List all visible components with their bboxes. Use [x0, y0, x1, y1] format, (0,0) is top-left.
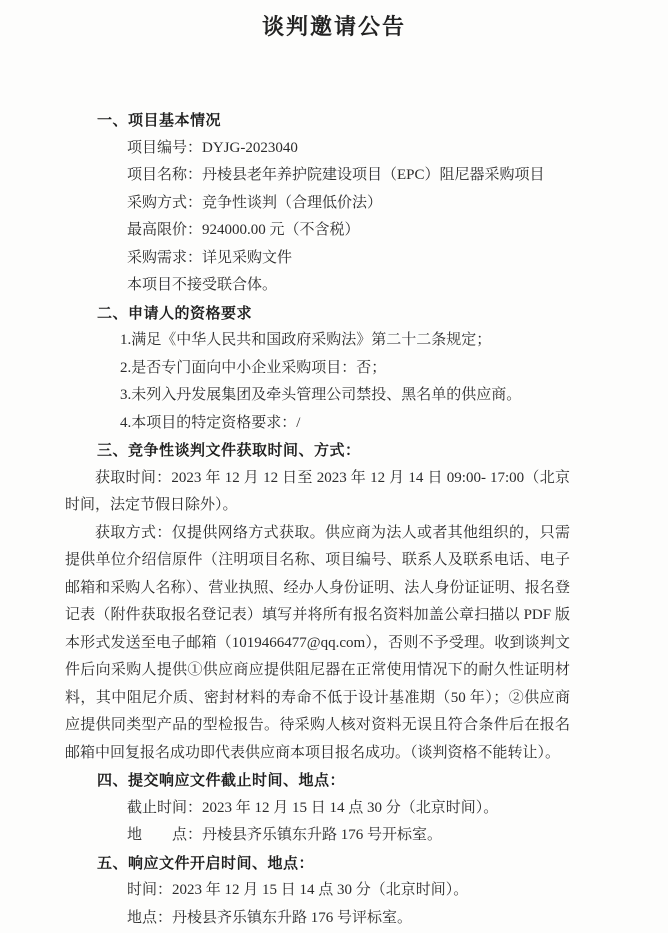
- project-number-line: 项目编号：DYJG-2023040: [127, 135, 570, 163]
- document-body: 一、项目基本情况 项目编号：DYJG-2023040 项目名称：丹棱县老年养护院…: [65, 107, 570, 932]
- procurement-method-line: 采购方式：竞争性谈判（合理低价法）: [127, 190, 570, 218]
- section-response-deadline: 四、提交响应文件截止时间、地点： 截止时间：2023 年 12 月 15 日 1…: [65, 767, 570, 850]
- document-page: 谈判邀请公告 一、项目基本情况 项目编号：DYJG-2023040 项目名称：丹…: [0, 0, 668, 933]
- opening-location-line: 地点：丹棱县齐乐镇东升路 176 号评标室。: [127, 905, 570, 933]
- section-1-heading: 一、项目基本情况: [97, 107, 570, 135]
- qualification-item-1: 1.满足《中华人民共和国政府采购法》第二十二条规定；: [120, 327, 570, 355]
- section-document-acquisition: 三、竞争性谈判文件获取时间、方式： 获取时间：2023 年 12 月 12 日至…: [65, 437, 570, 767]
- no-consortium-line: 本项目不接受联合体。: [127, 272, 570, 300]
- qualification-item-4: 4.本项目的特定资格要求：/: [120, 410, 570, 438]
- max-price-line: 最高限价：924000.00 元（不含税）: [127, 217, 570, 245]
- section-3-heading: 三、竞争性谈判文件获取时间、方式：: [97, 437, 570, 465]
- section-applicant-qualifications: 二、申请人的资格要求 1.满足《中华人民共和国政府采购法》第二十二条规定； 2.…: [65, 300, 570, 438]
- section-5-heading: 五、响应文件开启时间、地点：: [97, 850, 570, 878]
- procurement-demand-line: 采购需求：详见采购文件: [127, 245, 570, 273]
- qualification-item-3: 3.未列入丹发展集团及牵头管理公司禁投、黑名单的供应商。: [120, 382, 570, 410]
- deadline-time-line: 截止时间：2023 年 12 月 15 日 14 点 30 分（北京时间）。: [127, 795, 570, 823]
- opening-time-line: 时间：2023 年 12 月 15 日 14 点 30 分（北京时间）。: [127, 877, 570, 905]
- section-project-basic-info: 一、项目基本情况 项目编号：DYJG-2023040 项目名称：丹棱县老年养护院…: [65, 107, 570, 300]
- acquisition-time-paragraph: 获取时间：2023 年 12 月 12 日至 2023 年 12 月 14 日 …: [65, 465, 570, 520]
- section-2-heading: 二、申请人的资格要求: [97, 300, 570, 328]
- section-response-opening: 五、响应文件开启时间、地点： 时间：2023 年 12 月 15 日 14 点 …: [65, 850, 570, 933]
- acquisition-method-paragraph: 获取方式：仅提供网络方式获取。供应商为法人或者其他组织的，只需提供单位介绍信原件…: [65, 520, 570, 768]
- deadline-location-line: 地 点：丹棱县齐乐镇东升路 176 号开标室。: [127, 822, 570, 850]
- document-title: 谈判邀请公告: [0, 10, 668, 41]
- section-4-heading: 四、提交响应文件截止时间、地点：: [97, 767, 570, 795]
- qualification-item-2: 2.是否专门面向中小企业采购项目：否；: [120, 355, 570, 383]
- project-name-line: 项目名称：丹棱县老年养护院建设项目（EPC）阻尼器采购项目: [127, 162, 570, 190]
